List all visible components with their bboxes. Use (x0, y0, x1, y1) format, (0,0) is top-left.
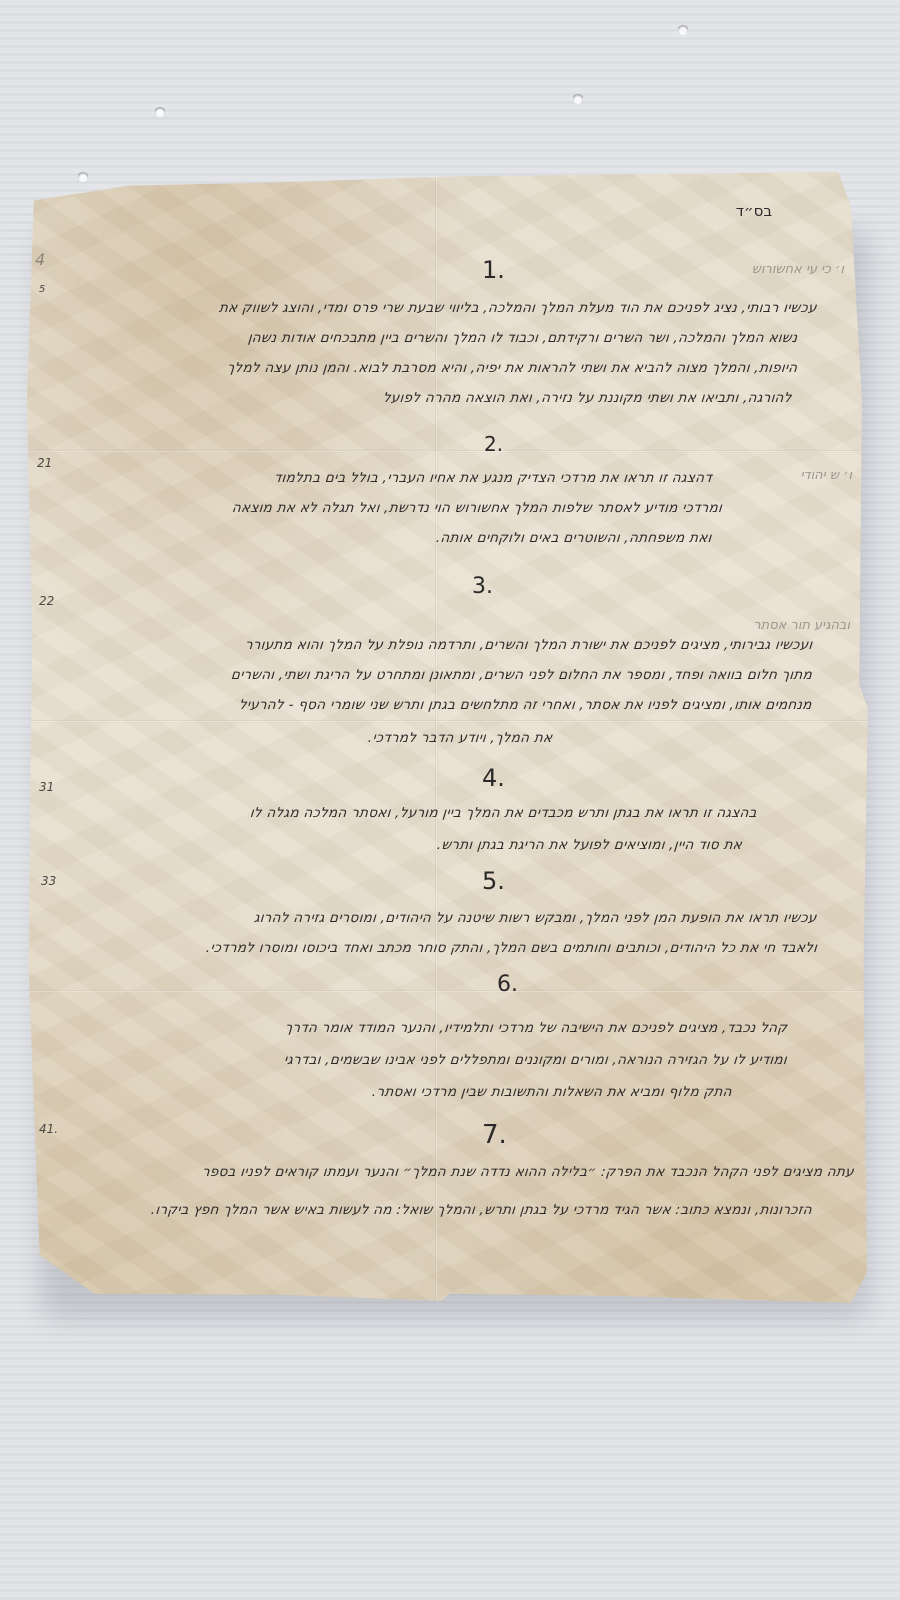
text-line: קהל נכבד, מציגים לפניכם את הישיבה של מרד… (284, 1020, 788, 1036)
section-number: 6. (497, 972, 518, 997)
board-pin-hole (573, 92, 583, 104)
fold-crease-horizontal (27, 990, 872, 993)
fold-crease-horizontal (27, 720, 872, 723)
text-line: עתה מציגים לפני הקהל הנכבד את הפרק: ״בלי… (201, 1164, 855, 1180)
text-line: מנחמים אותו, ומציגים לפניו את אסתר, ואחר… (238, 697, 812, 713)
section-number: 7. (482, 1120, 507, 1150)
text-line: ועכשיו גבירותי, מציגים לפניכם את ישורת ה… (244, 637, 813, 653)
margin-number: 33 (41, 874, 56, 888)
text-line: את סוד היין, ומוציאים לפועל את הריגת בגת… (436, 837, 743, 853)
section-margin-note: ובהגיע תור אסתר (753, 618, 850, 633)
margin-number: 5 (39, 284, 45, 295)
text-line: עכשיו תראו את הופעת המן לפני המלך, ומבקש… (253, 910, 817, 926)
text-line: התק מלוף ומביא את השאלות והתשובות שבין מ… (371, 1084, 733, 1100)
board-pin-hole (78, 170, 88, 182)
text-line: בהצגה זו תראו את בגתן ותרש מכבדים את המל… (249, 805, 758, 821)
text-line: דהצגה זו תראו את מרדכי הצדיק מנגע את אחי… (273, 470, 713, 486)
handwritten-document: בס״ד ו׳ כי עי אחשורוש 4 5 21 22 31 33 41… (27, 172, 872, 1312)
section-number: 2. (484, 432, 503, 456)
text-line: עכשיו רבותי, נציג לפניכם את הוד מעלת המל… (218, 300, 817, 316)
fold-crease-horizontal (27, 450, 872, 453)
text-line: ומודיע לו על הגזירה הנוראה, ומורים ומקונ… (283, 1052, 788, 1068)
margin-number: 22 (39, 594, 54, 608)
section-number: 4. (482, 764, 505, 792)
top-margin-note: ו׳ כי עי אחשורוש (752, 262, 844, 277)
board-pin-hole (155, 105, 165, 117)
text-line: את המלך, ויודע הדבר למרדכי. (367, 730, 553, 746)
text-line: הזכרונות, ונמצא כתוב: אשר הגיד מרדכי על … (150, 1202, 813, 1218)
text-line: מתוך חלום בוואה ופחד, ומספר את החלום לפנ… (230, 667, 813, 683)
header-mark: בס״ד (736, 202, 772, 220)
text-line: נשוא המלך והמלכה, ושר השרים ורקידתם, וכב… (247, 330, 798, 346)
board-pin-hole (678, 23, 688, 35)
margin-number: 4 (35, 250, 45, 269)
text-line: ולאבד חי את כל היהודים, וכותבים וחותמים … (205, 940, 818, 956)
margin-number: 21 (37, 456, 52, 470)
text-line: היופות, והמלך מצוה להביא את ושתי להראות … (226, 360, 798, 376)
section-number: 5. (482, 867, 505, 895)
text-line: להורגה, ותביאו את ושתי מקוננת על נזירה, … (382, 390, 792, 406)
section-margin-note: ו׳ ש יהודי (801, 468, 852, 483)
margin-number: 31 (39, 780, 54, 794)
section-number: 3. (472, 574, 493, 599)
section-number: 1. (482, 256, 505, 284)
margin-number: 41. (39, 1122, 58, 1136)
text-line: ומרדכי מודיע לאסתר שלפות המלך אחשורוש הו… (231, 500, 723, 516)
text-line: ואת משפחתה, והשוטרים באים ולוקחים אותה. (435, 530, 712, 546)
